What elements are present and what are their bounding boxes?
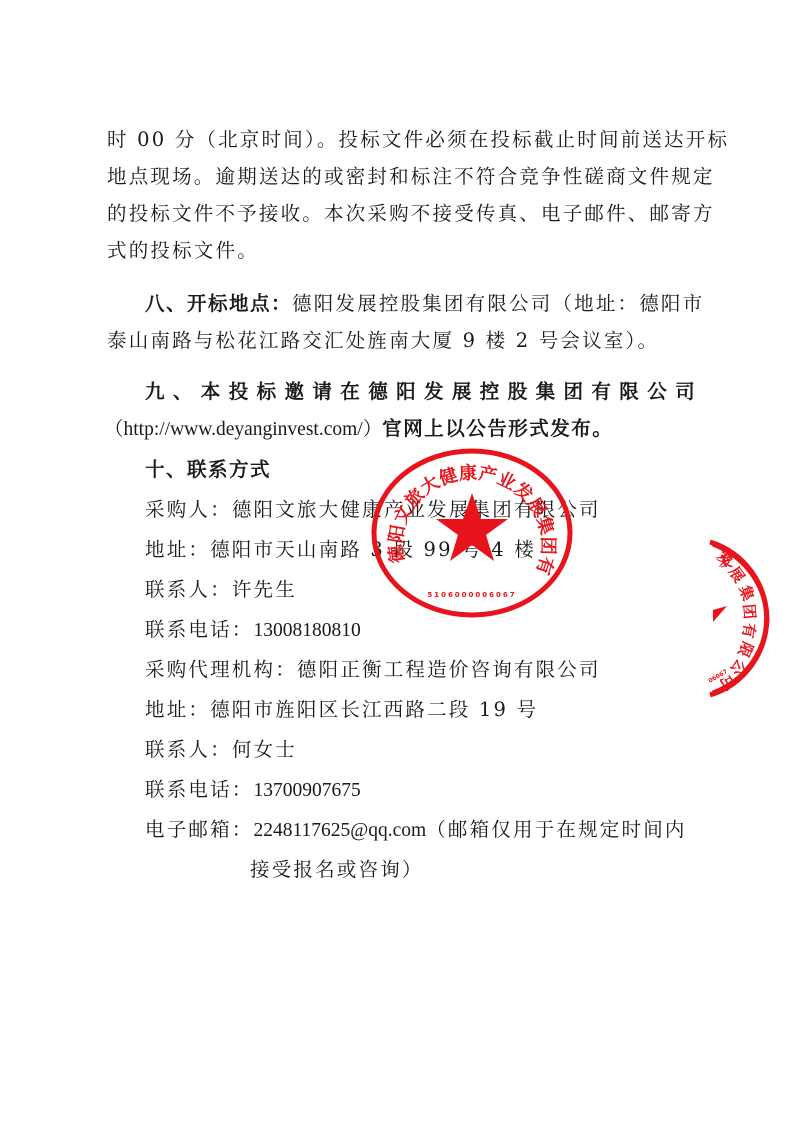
edge-seal-icon: 发 发 展 集 团 有 限 公 司 06067 [705, 530, 800, 705]
paragraph-line: 的投标文件不予接收。本次采购不接受传真、电子邮件、邮寄方 [107, 202, 717, 226]
agency-label: 采购代理机构： [145, 658, 297, 681]
agency-phone-row: 联系电话：13700907675 [145, 778, 755, 803]
agency-address-row: 地址：德阳市旌阳区长江西路二段 19 号 [145, 698, 755, 722]
svg-text:集: 集 [735, 583, 757, 603]
purchaser-contact-label: 联系人： [145, 578, 232, 601]
purchaser-phone-row: 联系电话：13008180810 [145, 618, 755, 643]
email-label: 电子邮箱： [145, 818, 254, 841]
section-9-line-2: （http://www.deyanginvest.com/）官网上以公告形式发布… [104, 417, 714, 442]
paragraph-line: 时 00 分（北京时间）。投标文件必须在投标截止时间前送达开标 [107, 128, 717, 152]
agency-contact-label: 联系人： [145, 738, 232, 761]
section-9-line-1: 九、本投标邀请在德阳发展控股集团有限公司 [145, 380, 755, 404]
section-8-line-1: 八、开标地点：德阳发展控股集团有限公司（地址：德阳市 [145, 292, 755, 316]
agency-contact-value: 何女士 [232, 738, 297, 761]
document-page: 时 00 分（北京时间）。投标文件必须在投标截止时间前送达开标 地点现场。逾期送… [0, 0, 800, 1132]
section-8-line-2: 泰山南路与松花江路交汇处旌南大厦 9 楼 2 号会议室）。 [107, 329, 717, 353]
section-8-heading: 八、开标地点： [145, 292, 292, 315]
website-link[interactable]: （http://www.deyanginvest.com/） [104, 419, 382, 440]
svg-text:有: 有 [739, 622, 759, 640]
section-8-text: 德阳发展控股集团有限公司（地址：德阳市 [292, 292, 704, 315]
email-note-continued: 接受报名或咨询） [250, 858, 800, 882]
purchaser-contact-value: 许先生 [232, 578, 297, 601]
agency-address-value: 德阳市旌阳区长江西路二段 19 号 [210, 698, 538, 721]
svg-text:团: 团 [740, 603, 759, 620]
email-row: 电子邮箱：2248117625@qq.com（邮箱仅用于在规定时间内 [145, 818, 755, 843]
email-note: （邮箱仅用于在规定时间内 [426, 818, 686, 841]
paragraph-line: 地点现场。逾期送达的或密封和标注不符合竞争性磋商文件规定 [107, 165, 717, 189]
purchaser-phone-label: 联系电话： [145, 618, 254, 641]
agency-contact-row: 联系人：何女士 [145, 738, 755, 762]
company-seal-icon: 德阳文旅大健康产业发展集团有限公司 5106000006067 [368, 447, 576, 619]
purchaser-label: 采购人： [145, 498, 232, 521]
purchaser-address-label: 地址： [145, 538, 210, 561]
agency-phone-label: 联系电话： [145, 778, 254, 801]
agency-row: 采购代理机构：德阳正衡工程造价咨询有限公司 [145, 658, 755, 682]
purchaser-phone-value: 13008180810 [254, 620, 361, 641]
agency-address-label: 地址： [145, 698, 210, 721]
section-9-text: 官网上以公告形式发布。 [382, 417, 613, 440]
agency-value: 德阳正衡工程造价咨询有限公司 [297, 658, 601, 681]
paragraph-line: 式的投标文件。 [107, 239, 717, 263]
email-value[interactable]: 2248117625@qq.com [254, 820, 427, 841]
agency-phone-value: 13700907675 [254, 780, 361, 801]
svg-text:5106000006067: 5106000006067 [427, 591, 516, 599]
